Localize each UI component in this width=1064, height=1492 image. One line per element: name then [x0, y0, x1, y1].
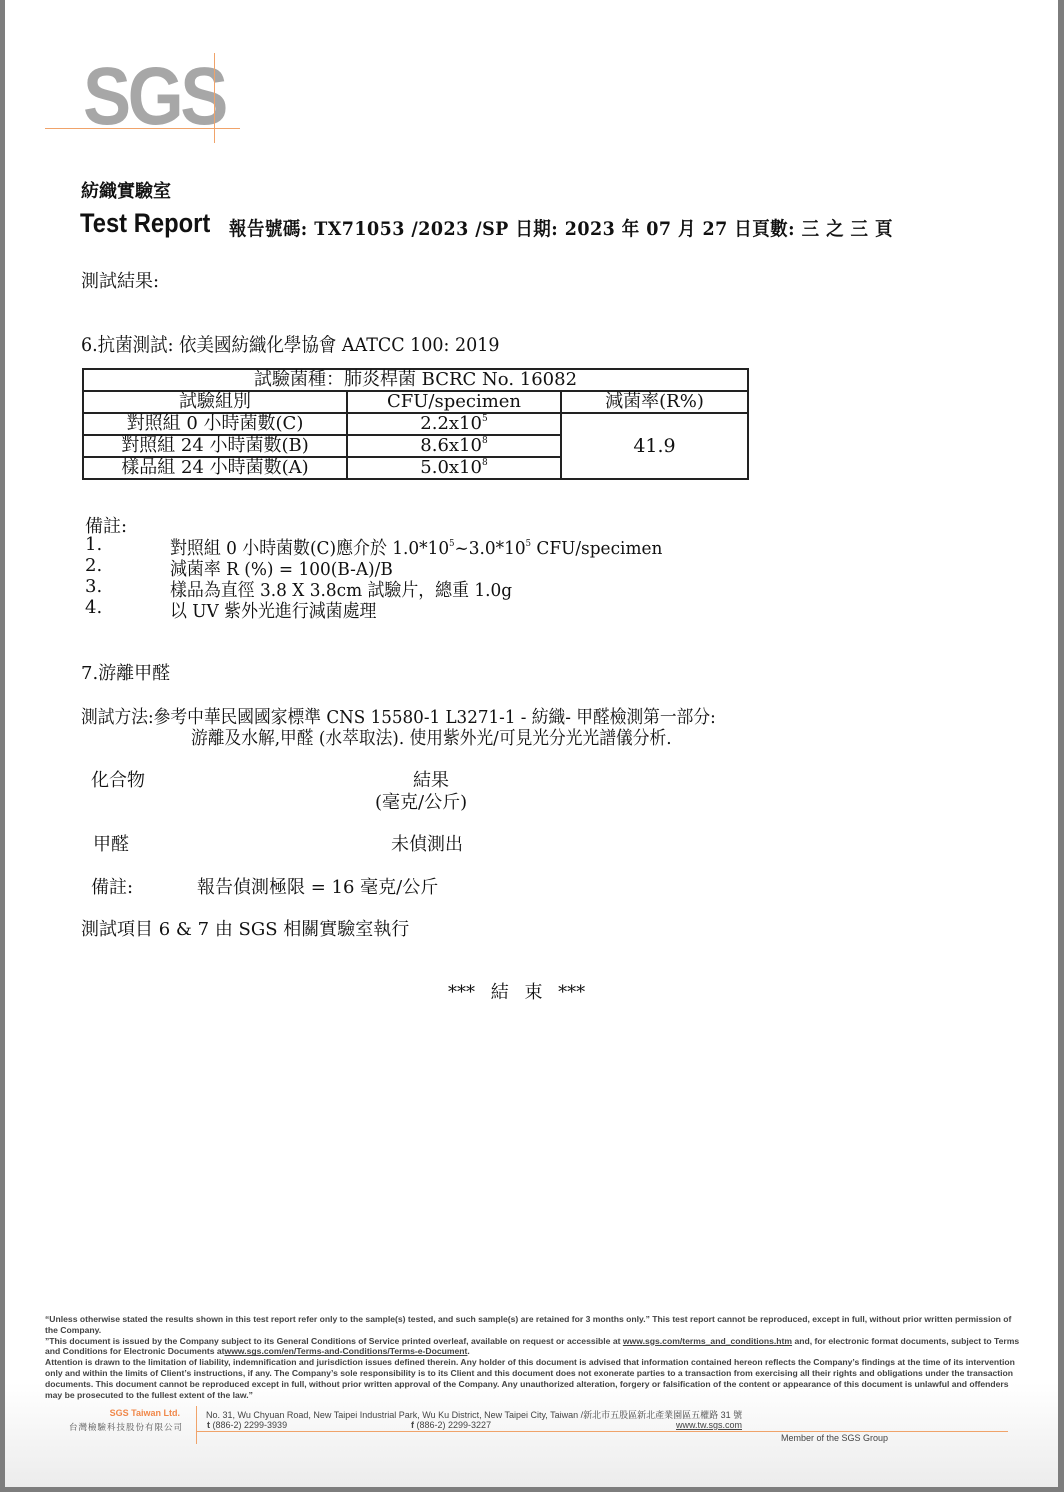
group-cell: 對照組 24 小時菌數(B): [83, 435, 347, 457]
footer-vertical-rule: [196, 1406, 197, 1444]
note-number: 4.: [85, 597, 102, 618]
section-6-title: 6.抗菌測試: 依美國紡織化學協會 AATCC 100: 2019: [81, 330, 499, 357]
cfu-exponent: 8: [482, 458, 488, 468]
pages-label: 頁數:: [752, 218, 795, 240]
end-mark: *** 結 束 ***: [448, 978, 585, 1004]
fax-number: (886-2) 2299-3227: [417, 1420, 492, 1430]
column-compound: 化合物: [91, 766, 145, 792]
sgs-logo: SGS: [83, 56, 225, 138]
footer-disclaimer: “Unless otherwise stated the results sho…: [45, 1314, 1025, 1400]
report-title: Test Report: [80, 208, 210, 239]
report-no: TX71053 /2023 /SP: [314, 218, 509, 240]
company-name-zh: 台灣檢驗科技股份有限公司: [63, 1421, 183, 1433]
fax: f (886-2) 2299-3227: [411, 1420, 491, 1430]
remark-label: 備註:: [91, 873, 133, 899]
note-number: 2.: [85, 555, 102, 576]
note-text-part: ~3.0*10: [455, 538, 526, 559]
fax-prefix: f: [411, 1420, 414, 1430]
compound-name: 甲醛: [93, 830, 129, 856]
remark-text: 報告偵測極限 = 16 毫克/公斤: [197, 873, 438, 899]
header-group: 試驗組別: [83, 391, 347, 413]
phone-number: (886-2) 2299-3939: [213, 1420, 288, 1430]
disclaimer-paragraph: “Unless otherwise stated the results sho…: [45, 1314, 1025, 1336]
cfu-value: 2.2x10: [420, 413, 482, 434]
compound-result: 未偵測出: [391, 830, 463, 856]
note-text-part: CFU/specimen: [531, 538, 662, 559]
header-cfu: CFU/specimen: [347, 391, 561, 413]
test-method-line-2: 游離及水解,甲醛 (水萃取法). 使用紫外光/可見光分光光譜儀分析.: [191, 724, 672, 750]
cfu-exponent: 8: [482, 436, 488, 446]
phone: t (886-2) 2299-3939: [207, 1420, 287, 1430]
report-no-label: 報告號碼:: [229, 218, 308, 240]
cfu-value: 5.0x10: [420, 457, 482, 478]
company-name-en: SGS Taiwan Ltd.: [65, 1408, 180, 1418]
website-link[interactable]: www.tw.sgs.com: [676, 1420, 742, 1430]
cfu-cell: 2.2x105: [347, 413, 561, 435]
lab-note: 測試項目 6 & 7 由 SGS 相關實驗室執行: [81, 915, 409, 941]
document-page: SGS 紡織實驗室 Test Report 報告號碼: TX71053 /202…: [5, 0, 1058, 1487]
footer-horizontal-rule: [196, 1431, 1008, 1432]
report-date: 2023 年 07 月 27 日: [565, 218, 753, 240]
strain-row: 試驗菌種：肺炎桿菌 BCRC No. 16082: [83, 369, 748, 391]
page-count: 三 之 三 頁: [802, 218, 893, 240]
date-label: 日期:: [515, 218, 558, 240]
report-meta: 報告號碼: TX71053 /2023 /SP 日期: 2023 年 07 月 …: [229, 214, 893, 241]
logo-horizontal-rule: [45, 128, 240, 129]
reduction-rate-cell: 41.9: [561, 413, 748, 479]
terms-link[interactable]: www.sgs.com/terms_and_conditions.htm: [623, 1336, 792, 1346]
disclaimer-text: ”This document is issued by the Company …: [45, 1336, 623, 1346]
note-number: 3.: [85, 576, 102, 597]
cfu-value: 8.6x10: [420, 435, 482, 456]
disclaimer-paragraph: ”This document is issued by the Company …: [45, 1336, 1025, 1358]
group-cell: 對照組 0 小時菌數(C): [83, 413, 347, 435]
cfu-cell: 8.6x108: [347, 435, 561, 457]
note-text: 以 UV 紫外光進行減菌處理: [170, 597, 376, 623]
disclaimer-text: .: [467, 1346, 469, 1356]
group-cell: 樣品組 24 小時菌數(A): [83, 457, 347, 479]
note-number: 1.: [85, 534, 102, 555]
results-label: 測試結果:: [81, 267, 159, 293]
disclaimer-paragraph: Attention is drawn to the limitation of …: [45, 1357, 1025, 1400]
e-document-terms-link[interactable]: www.sgs.com/en/Terms-and-Conditions/Term…: [225, 1346, 468, 1356]
table-row: 對照組 0 小時菌數(C) 2.2x105 41.9: [83, 413, 748, 435]
section-7-title: 7.游離甲醛: [81, 659, 170, 685]
lab-name: 紡織實驗室: [81, 177, 171, 203]
antibacterial-table: 試驗菌種：肺炎桿菌 BCRC No. 16082 試驗組別 CFU/specim…: [82, 368, 749, 480]
member-note: Member of the SGS Group: [781, 1433, 888, 1443]
logo-vertical-rule: [214, 53, 215, 143]
phone-prefix: t: [207, 1420, 210, 1430]
cfu-cell: 5.0x108: [347, 457, 561, 479]
column-unit: (毫克/公斤): [375, 788, 467, 814]
cfu-exponent: 5: [482, 414, 488, 424]
header-rate: 減菌率(R%): [561, 391, 748, 413]
